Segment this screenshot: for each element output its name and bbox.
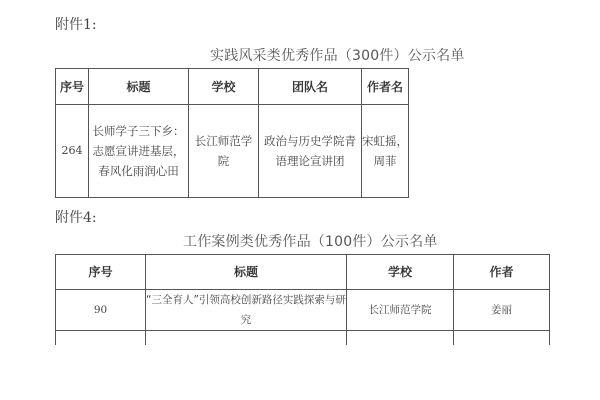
cell-author-line: 宋虹摇， — [362, 131, 408, 151]
table-row-partial — [56, 331, 550, 346]
cell-team: 政治与历史学院青 语理论宣讲团 — [259, 105, 362, 198]
header-school: 学校 — [189, 69, 259, 105]
cell-author: 宋虹摇， 周菲 — [362, 105, 409, 198]
cell-title-line: 春风化雨润心田 — [89, 161, 188, 181]
header-author: 作者 — [454, 255, 550, 290]
cell-empty — [56, 331, 146, 346]
header-author: 作者名 — [362, 69, 409, 105]
cell-empty — [146, 331, 347, 346]
attachment1-title: 实践风采类优秀作品（300件）公示名单 — [210, 45, 465, 65]
cell-team-line: 语理论宣讲团 — [259, 151, 361, 171]
cell-school-line: 院 — [189, 151, 258, 171]
cell-title: 长师学子三下乡： 志愿宣讲进基层， 春风化雨润心田 — [89, 105, 189, 198]
cell-school-line: 长江师范学 — [189, 131, 258, 151]
cell-empty — [454, 331, 550, 346]
cell-author-line: 周菲 — [362, 151, 408, 171]
attachment4-title: 工作案例类优秀作品（100件）公示名单 — [183, 231, 438, 251]
cell-title-line: 长师学子三下乡： — [89, 121, 188, 141]
cell-author: 姜丽 — [454, 290, 550, 331]
header-index: 序号 — [56, 255, 146, 290]
attachment4-label: 附件4: — [55, 207, 97, 227]
table-header-row: 序号 标题 学校 团队名 作者名 — [56, 69, 409, 105]
cell-school: 长江师范学 院 — [189, 105, 259, 198]
table-row: 90 “三全育人”引领高校创新路径实践探索与研究 长江师范学院 姜丽 — [56, 290, 550, 331]
attachment4-table: 序号 标题 学校 作者 90 “三全育人”引领高校创新路径实践探索与研究 长江师… — [55, 254, 550, 345]
cell-index: 264 — [56, 105, 89, 198]
attachment1-label: 附件1: — [55, 14, 97, 34]
header-team: 团队名 — [259, 69, 362, 105]
cell-team-line: 政治与历史学院青 — [259, 131, 361, 151]
cell-index: 90 — [56, 290, 146, 331]
header-title: 标题 — [89, 69, 189, 105]
table-header-row: 序号 标题 学校 作者 — [56, 255, 550, 290]
header-index: 序号 — [56, 69, 89, 105]
cell-title-line: 志愿宣讲进基层， — [89, 141, 188, 161]
attachment1-table: 序号 标题 学校 团队名 作者名 264 长师学子三下乡： 志愿宣讲进基层， 春… — [55, 68, 409, 198]
header-title: 标题 — [146, 255, 347, 290]
table-row: 264 长师学子三下乡： 志愿宣讲进基层， 春风化雨润心田 长江师范学 院 政治… — [56, 105, 409, 198]
cell-school: 长江师范学院 — [347, 290, 454, 331]
cell-empty — [347, 331, 454, 346]
cell-title: “三全育人”引领高校创新路径实践探索与研究 — [146, 290, 347, 331]
header-school: 学校 — [347, 255, 454, 290]
